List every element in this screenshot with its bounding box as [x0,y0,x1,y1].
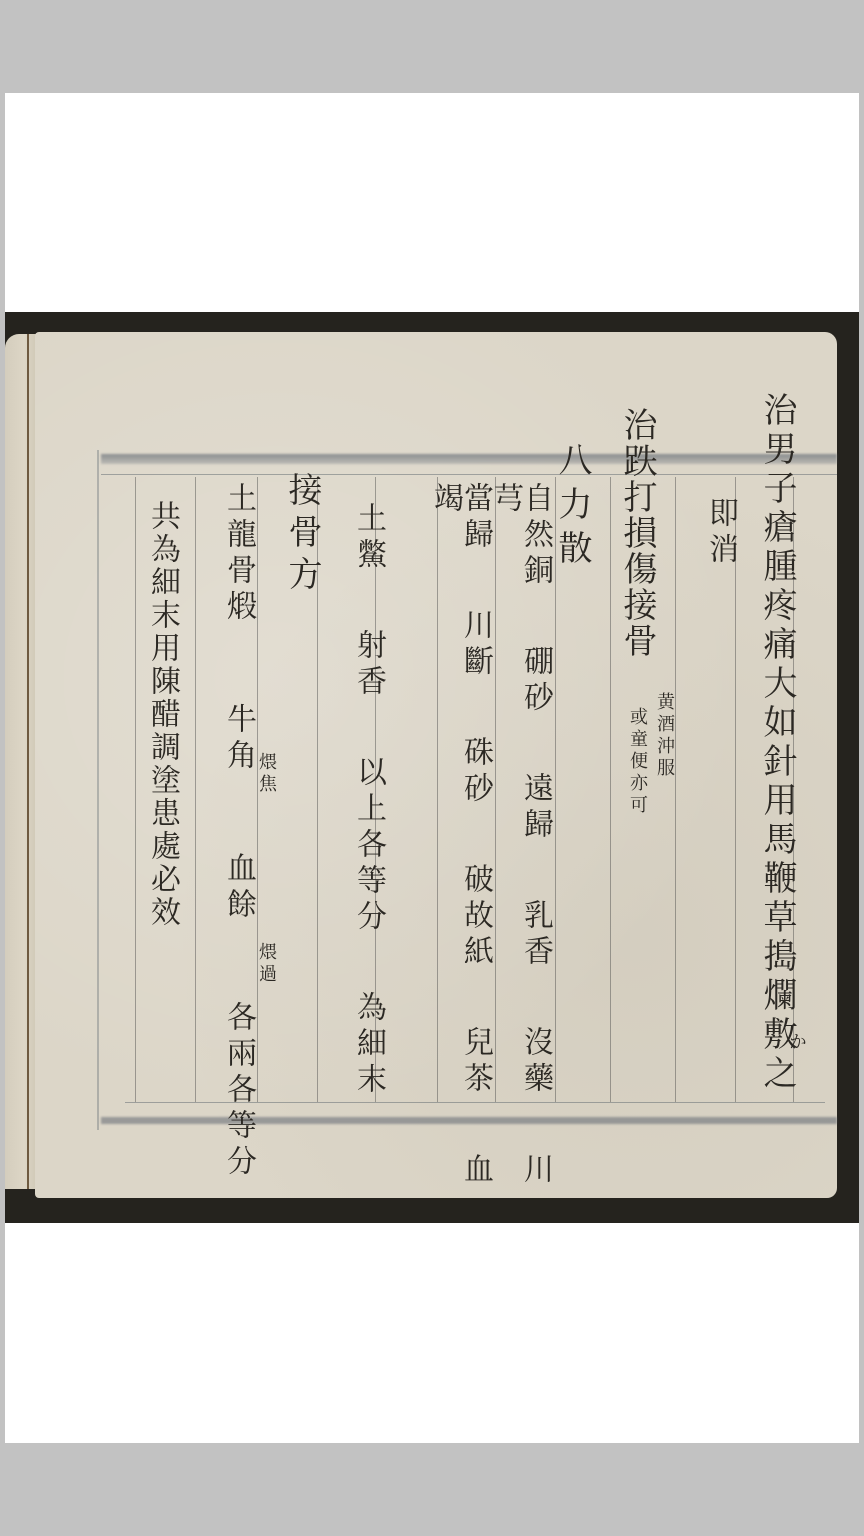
column-rule [195,477,196,1102]
frame-top-border [101,454,837,464]
manuscript-scan: 治男子瘡腫疼痛大如針用馬鞭草搗爛敷之 か 即消 治跌打損傷接骨 黄酒沖服 或童便… [5,312,859,1223]
column-4-title: 八力散 [555,442,589,574]
column-9-note-2: 煨過 [257,942,275,986]
frame-top-rule [101,474,837,475]
column-3-note-left: 或童便亦可 [628,707,646,817]
column-rule [735,477,736,1102]
column-8-title: 接骨方 [285,472,319,598]
page-fold [27,334,29,1189]
column-6: 當歸 川斷 硃砂 破故紙 兒茶 血竭 [430,482,490,1198]
column-rule [135,477,136,1102]
column-7: 土鱉 射香 以上各等分 為細末 [353,502,383,1099]
column-2: 即消 [705,497,735,569]
column-1: 治男子瘡腫疼痛大如針用馬鞭草搗爛敷之 [760,392,794,1094]
column-5: 自然銅 硼砂 遠歸 乳香 沒藥 川芎 [490,482,550,1198]
column-9-note-1: 煨焦 [257,752,275,796]
column-rule [610,477,611,1102]
column-9: 土龍骨煅 牛角 血餘 各兩各等分 [223,482,253,1181]
column-1-annotation: か [787,1032,805,1054]
column-rule [675,477,676,1102]
manuscript-page: 治男子瘡腫疼痛大如針用馬鞭草搗爛敷之 か 即消 治跌打損傷接骨 黄酒沖服 或童便… [35,332,837,1198]
facing-page-edge [5,334,37,1189]
column-3: 治跌打損傷接骨 [620,407,654,659]
column-3-note-right: 黄酒沖服 [655,692,673,780]
column-10: 共為細末用陳醋調塗患處必效 [147,500,177,929]
